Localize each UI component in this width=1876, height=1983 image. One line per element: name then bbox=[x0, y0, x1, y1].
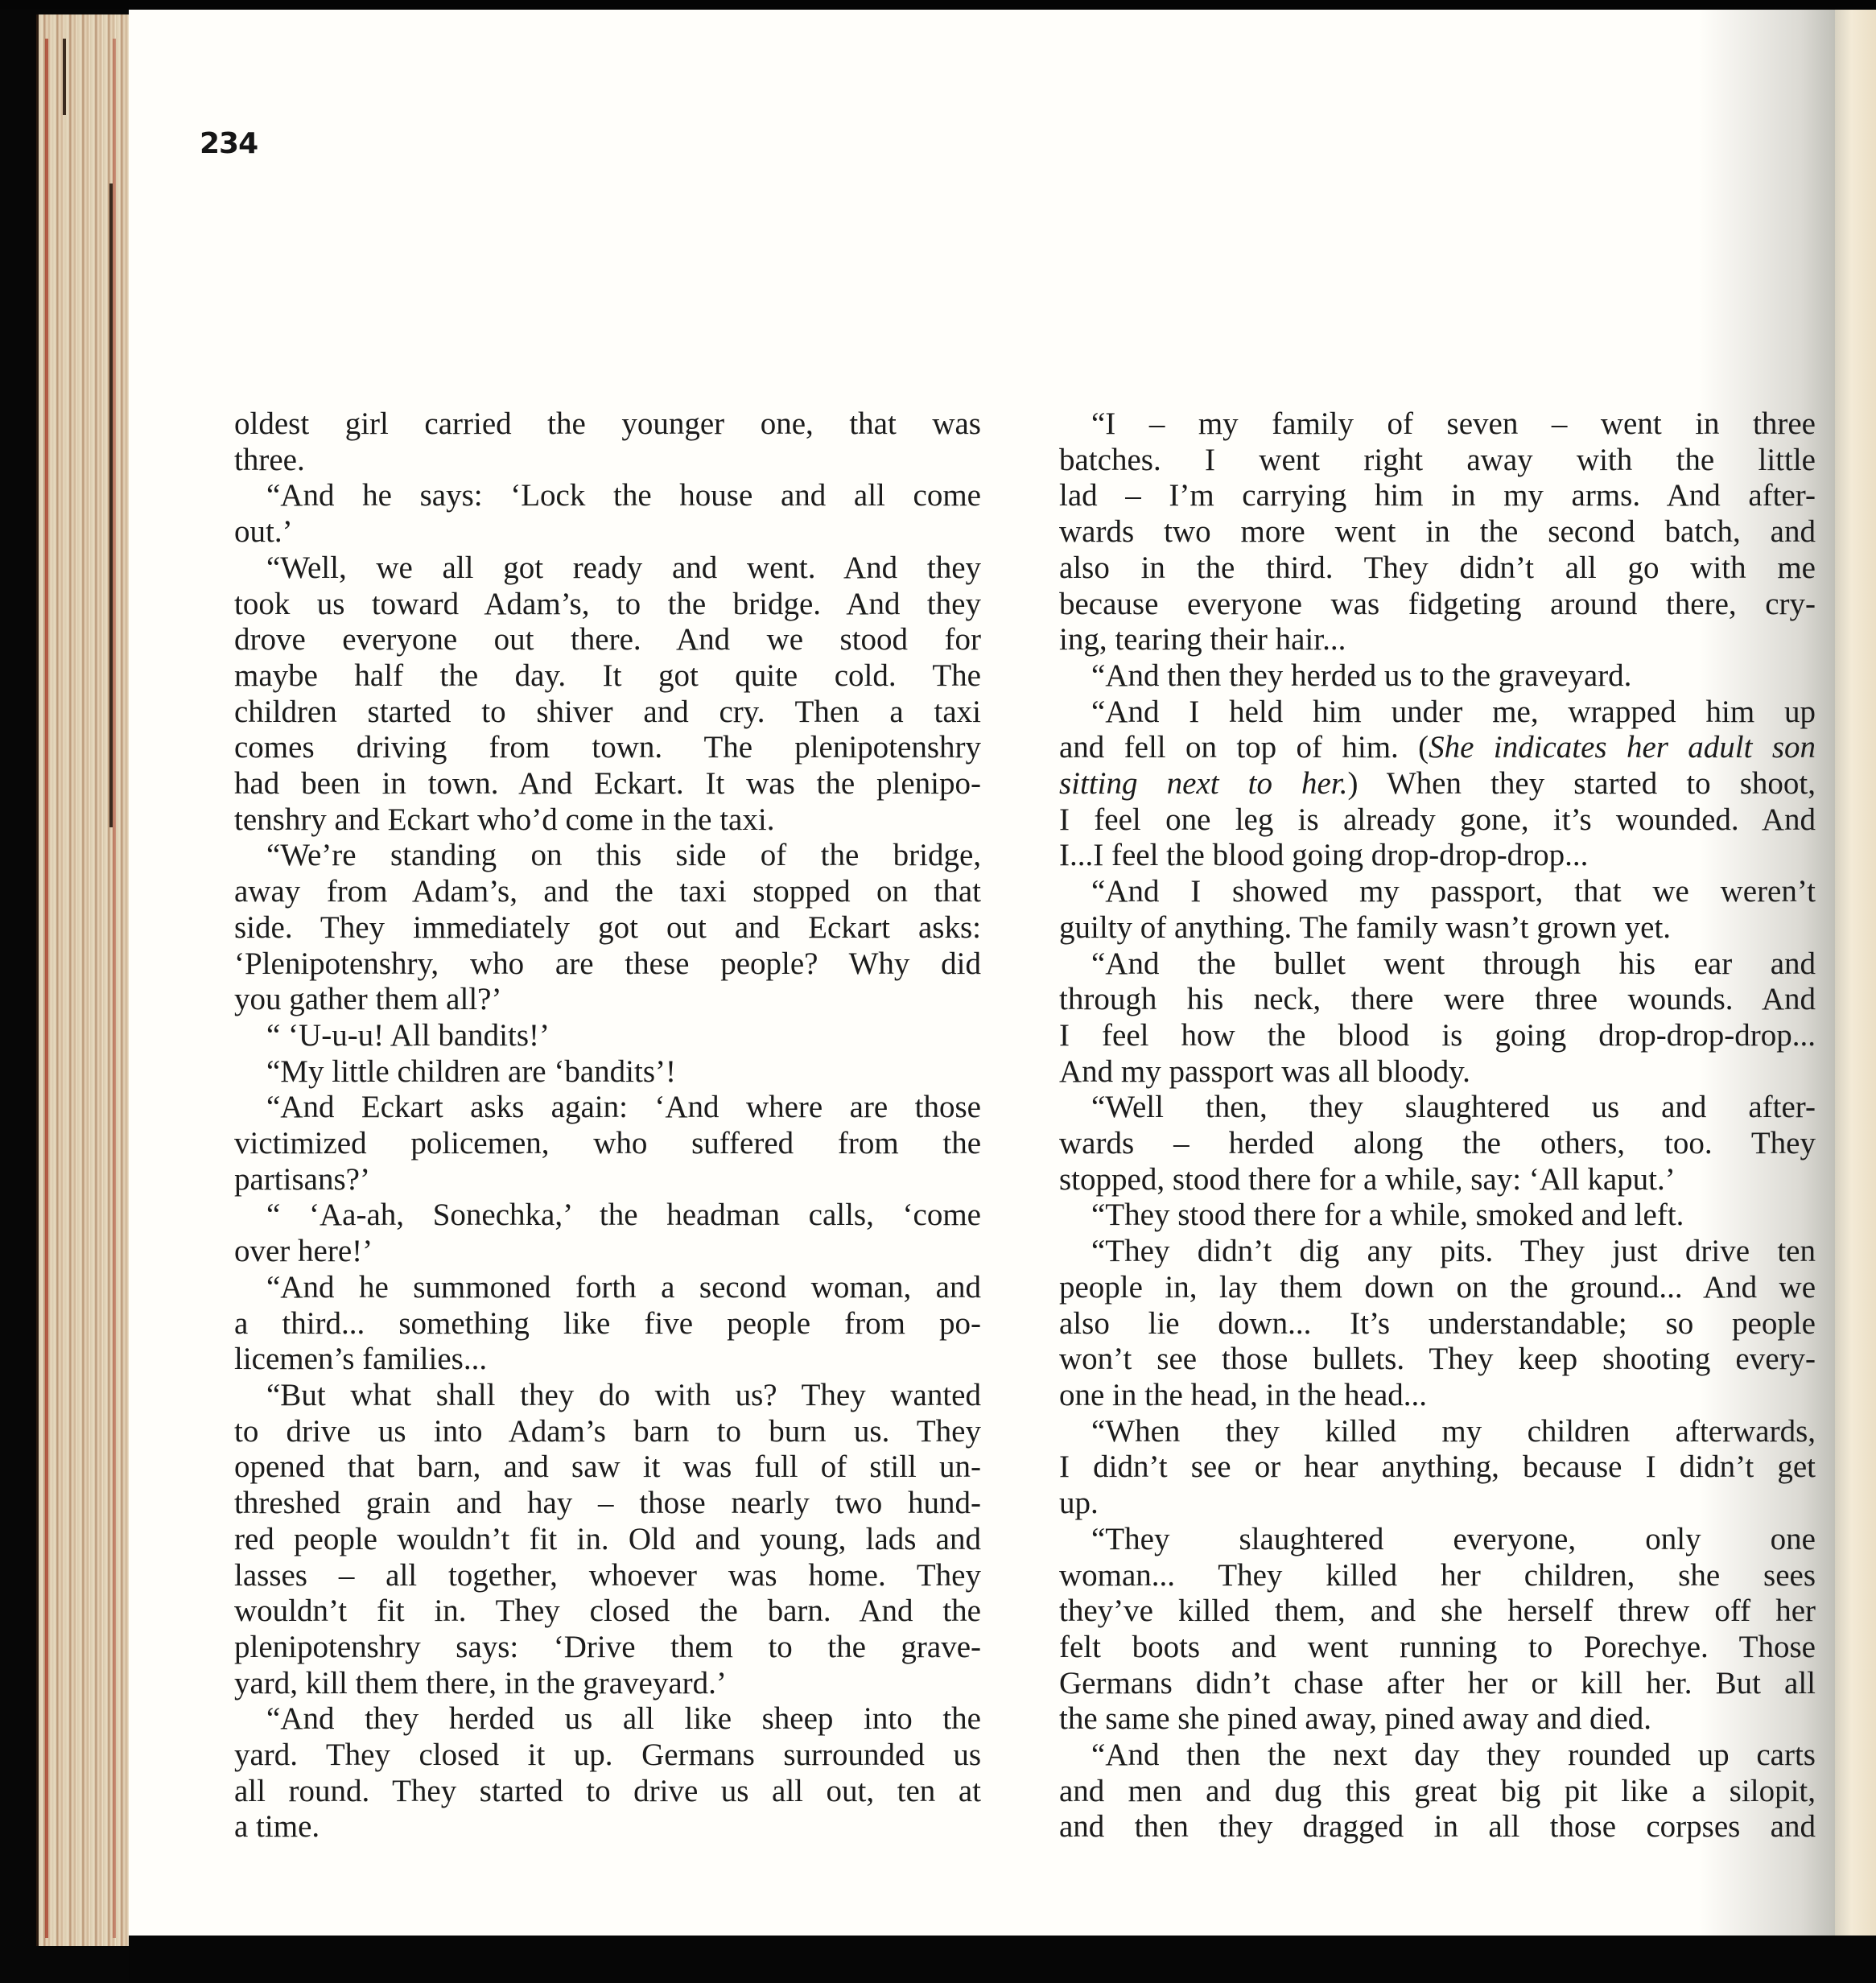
text-line: over here!’ bbox=[202, 1234, 981, 1270]
text-line: “And he summoned forth a second woman, a… bbox=[202, 1270, 981, 1306]
text-line: comes driving from town. The plenipotens… bbox=[202, 730, 981, 766]
text-line: “And they herded us all like sheep into … bbox=[202, 1701, 981, 1738]
text-line: children started to shiver and cry. Then… bbox=[202, 695, 981, 731]
text-line: drove everyone out there. And we stood f… bbox=[202, 622, 981, 658]
text-line: wards two more went in the second batch,… bbox=[1027, 514, 1816, 550]
text-line: had been in town. And Eckart. It was the… bbox=[202, 766, 981, 802]
facing-page-edge bbox=[1835, 10, 1876, 1937]
text-line: lasses – all together, whoever was home.… bbox=[202, 1558, 981, 1594]
page-edge-dark-mark bbox=[63, 39, 66, 115]
text-line: “And then the next day they rounded up c… bbox=[1027, 1738, 1816, 1774]
text-line: people in, lay them down on the ground..… bbox=[1027, 1270, 1816, 1306]
text-line: maybe half the day. It got quite cold. T… bbox=[202, 658, 981, 695]
text-line: And my passport was all bloody. bbox=[1027, 1054, 1816, 1090]
text-line: and fell on top of him. (She indicates h… bbox=[1027, 730, 1816, 766]
text-line: felt boots and went running to Porechye.… bbox=[1027, 1630, 1816, 1666]
text-line: “And I held him under me, wrapped him up bbox=[1027, 695, 1816, 731]
text-line: Germans didn’t chase after her or kill h… bbox=[1027, 1666, 1816, 1702]
text-line: to drive us into Adam’s barn to burn us.… bbox=[202, 1414, 981, 1450]
text-line: “But what shall they do with us? They wa… bbox=[202, 1378, 981, 1414]
book-page-edges bbox=[36, 14, 135, 1946]
paragraph: “And then they herded us to the graveyar… bbox=[1027, 658, 1816, 695]
text-line: away from Adam’s, and the taxi stopped o… bbox=[202, 874, 981, 910]
text-line: I feel one leg is already gone, it’s wou… bbox=[1027, 802, 1816, 839]
page-edge-dark-mark bbox=[109, 183, 113, 827]
text-line: victimized policemen, who suffered from … bbox=[202, 1126, 981, 1162]
page-edge-red-stripe bbox=[113, 39, 116, 1938]
text-line: yard, kill them there, in the graveyard.… bbox=[202, 1666, 981, 1702]
text-line: I didn’t see or hear anything, because I… bbox=[1027, 1449, 1816, 1486]
paragraph: “Well, we all got ready and went. And th… bbox=[202, 550, 981, 839]
text-line: “Well then, they slaughtered us and afte… bbox=[1027, 1090, 1816, 1126]
text-line: the same she pined away, pined away and … bbox=[1027, 1701, 1816, 1738]
text-line: took us toward Adam’s, to the bridge. An… bbox=[202, 587, 981, 623]
text-line: side. They immediately got out and Eckar… bbox=[202, 910, 981, 946]
right-text-column: “I – my family of seven – went in threeb… bbox=[1027, 406, 1816, 1845]
text-line: licemen’s families... bbox=[202, 1342, 981, 1378]
text-line: red people wouldn’t fit in. Old and youn… bbox=[202, 1522, 981, 1558]
text-line: plenipotenshry says: ‘Drive them to the … bbox=[202, 1630, 981, 1666]
text-line: “They stood there for a while, smoked an… bbox=[1027, 1198, 1816, 1234]
text-line: “We’re standing on this side of the brid… bbox=[202, 838, 981, 874]
text-line: opened that barn, and saw it was full of… bbox=[202, 1449, 981, 1486]
text-line: “And then they herded us to the graveyar… bbox=[1027, 658, 1816, 695]
text-line: tenshry and Eckart who’d come in the tax… bbox=[202, 802, 981, 839]
text-line: wards – herded along the others, too. Th… bbox=[1027, 1126, 1816, 1162]
text-line: sitting next to her.) When they started … bbox=[1027, 766, 1816, 802]
text-line: lad – I’m carrying him in my arms. And a… bbox=[1027, 478, 1816, 514]
text-line: woman... They killed her children, she s… bbox=[1027, 1558, 1816, 1594]
text-line: batches. I went right away with the litt… bbox=[1027, 443, 1816, 479]
text-line: “ ‘Aa-ah, Sonechka,’ the headman calls, … bbox=[202, 1198, 981, 1234]
text-line: I...I feel the blood going drop-drop-dro… bbox=[1027, 838, 1816, 874]
paragraph: “ ‘Aa-ah, Sonechka,’ the headman calls, … bbox=[202, 1198, 981, 1269]
text-line: they’ve killed them, and she herself thr… bbox=[1027, 1593, 1816, 1630]
paragraph: “I – my family of seven – went in threeb… bbox=[1027, 406, 1816, 658]
left-text-column: oldest girl carried the younger one, tha… bbox=[202, 406, 981, 1845]
text-line: because everyone was fidgeting around th… bbox=[1027, 587, 1816, 623]
text-line: partisans?’ bbox=[202, 1162, 981, 1198]
paragraph: “But what shall they do with us? They wa… bbox=[202, 1378, 981, 1701]
text-line: “ ‘U-u-u! All bandits!’ bbox=[202, 1018, 981, 1054]
text-line: up. bbox=[1027, 1486, 1816, 1522]
paragraph: “Well then, they slaughtered us and afte… bbox=[1027, 1090, 1816, 1198]
paragraph: oldest girl carried the younger one, tha… bbox=[202, 406, 981, 478]
text-line: “When they killed my children afterwards… bbox=[1027, 1414, 1816, 1450]
paragraph: “They didn’t dig any pits. They just dri… bbox=[1027, 1234, 1816, 1414]
paragraph: “And the bullet went through his ear and… bbox=[1027, 946, 1816, 1090]
text-line: stopped, stood there for a while, say: ‘… bbox=[1027, 1162, 1816, 1198]
text-line: a time. bbox=[202, 1809, 981, 1845]
text-line: threshed grain and hay – those nearly tw… bbox=[202, 1486, 981, 1522]
text-line: “Well, we all got ready and went. And th… bbox=[202, 550, 981, 587]
text-line: you gather them all?’ bbox=[202, 982, 981, 1018]
text-line: also in the third. They didn’t all go wi… bbox=[1027, 550, 1816, 587]
scan-top-border bbox=[0, 0, 1876, 10]
text-line: “My little children are ‘bandits’! bbox=[202, 1054, 981, 1090]
text-line: out.’ bbox=[202, 514, 981, 550]
text-line: “They didn’t dig any pits. They just dri… bbox=[1027, 1234, 1816, 1270]
text-line: all round. They started to drive us all … bbox=[202, 1774, 981, 1810]
scan-bottom-border bbox=[129, 1936, 1876, 1983]
text-line: guilty of anything. The family wasn’t gr… bbox=[1027, 910, 1816, 946]
paragraph: “And he says: ‘Lock the house and all co… bbox=[202, 478, 981, 550]
text-line: “And he says: ‘Lock the house and all co… bbox=[202, 478, 981, 514]
text-line: “And I showed my passport, that we weren… bbox=[1027, 874, 1816, 910]
page-edge-red-stripe bbox=[45, 39, 48, 1938]
text-line: and men and dug this great big pit like … bbox=[1027, 1774, 1816, 1810]
paragraph: “They stood there for a while, smoked an… bbox=[1027, 1198, 1816, 1234]
text-line: three. bbox=[202, 443, 981, 479]
text-line: ing, tearing their hair... bbox=[1027, 622, 1816, 658]
paragraph: “And then the next day they rounded up c… bbox=[1027, 1738, 1816, 1845]
paragraph: “They slaughtered everyone, only onewoma… bbox=[1027, 1522, 1816, 1738]
paragraph: “And Eckart asks again: ‘And where are t… bbox=[202, 1090, 981, 1198]
paragraph: “And they herded us all like sheep into … bbox=[202, 1701, 981, 1845]
text-line: “And the bullet went through his ear and bbox=[1027, 946, 1816, 983]
text-line: oldest girl carried the younger one, tha… bbox=[202, 406, 981, 443]
text-line: also lie down... It’s understandable; so… bbox=[1027, 1306, 1816, 1342]
paragraph: “And I held him under me, wrapped him up… bbox=[1027, 695, 1816, 875]
text-line: one in the head, in the head... bbox=[1027, 1378, 1816, 1414]
text-line: ‘Plenipotenshry, who are these people? W… bbox=[202, 946, 981, 983]
text-line: I feel how the blood is going drop-drop-… bbox=[1027, 1018, 1816, 1054]
paragraph: “We’re standing on this side of the brid… bbox=[202, 838, 981, 1018]
text-line: yard. They closed it up. Germans surroun… bbox=[202, 1738, 981, 1774]
text-line: “They slaughtered everyone, only one bbox=[1027, 1522, 1816, 1558]
text-line: and then they dragged in all those corps… bbox=[1027, 1809, 1816, 1845]
text-line: “And Eckart asks again: ‘And where are t… bbox=[202, 1090, 981, 1126]
paragraph: “And I showed my passport, that we weren… bbox=[1027, 874, 1816, 946]
paragraph: “ ‘U-u-u! All bandits!’ bbox=[202, 1018, 981, 1054]
paragraph: “My little children are ‘bandits’! bbox=[202, 1054, 981, 1090]
text-line: wouldn’t fit in. They closed the barn. A… bbox=[202, 1593, 981, 1630]
text-line: through his neck, there were three wound… bbox=[1027, 982, 1816, 1018]
text-line: won’t see those bullets. They keep shoot… bbox=[1027, 1342, 1816, 1378]
text-line: a third... something like five people fr… bbox=[202, 1306, 981, 1342]
paragraph: “And he summoned forth a second woman, a… bbox=[202, 1270, 981, 1378]
page-number: 234 bbox=[200, 127, 258, 160]
paragraph: “When they killed my children afterwards… bbox=[1027, 1414, 1816, 1522]
text-line: “I – my family of seven – went in three bbox=[1027, 406, 1816, 443]
